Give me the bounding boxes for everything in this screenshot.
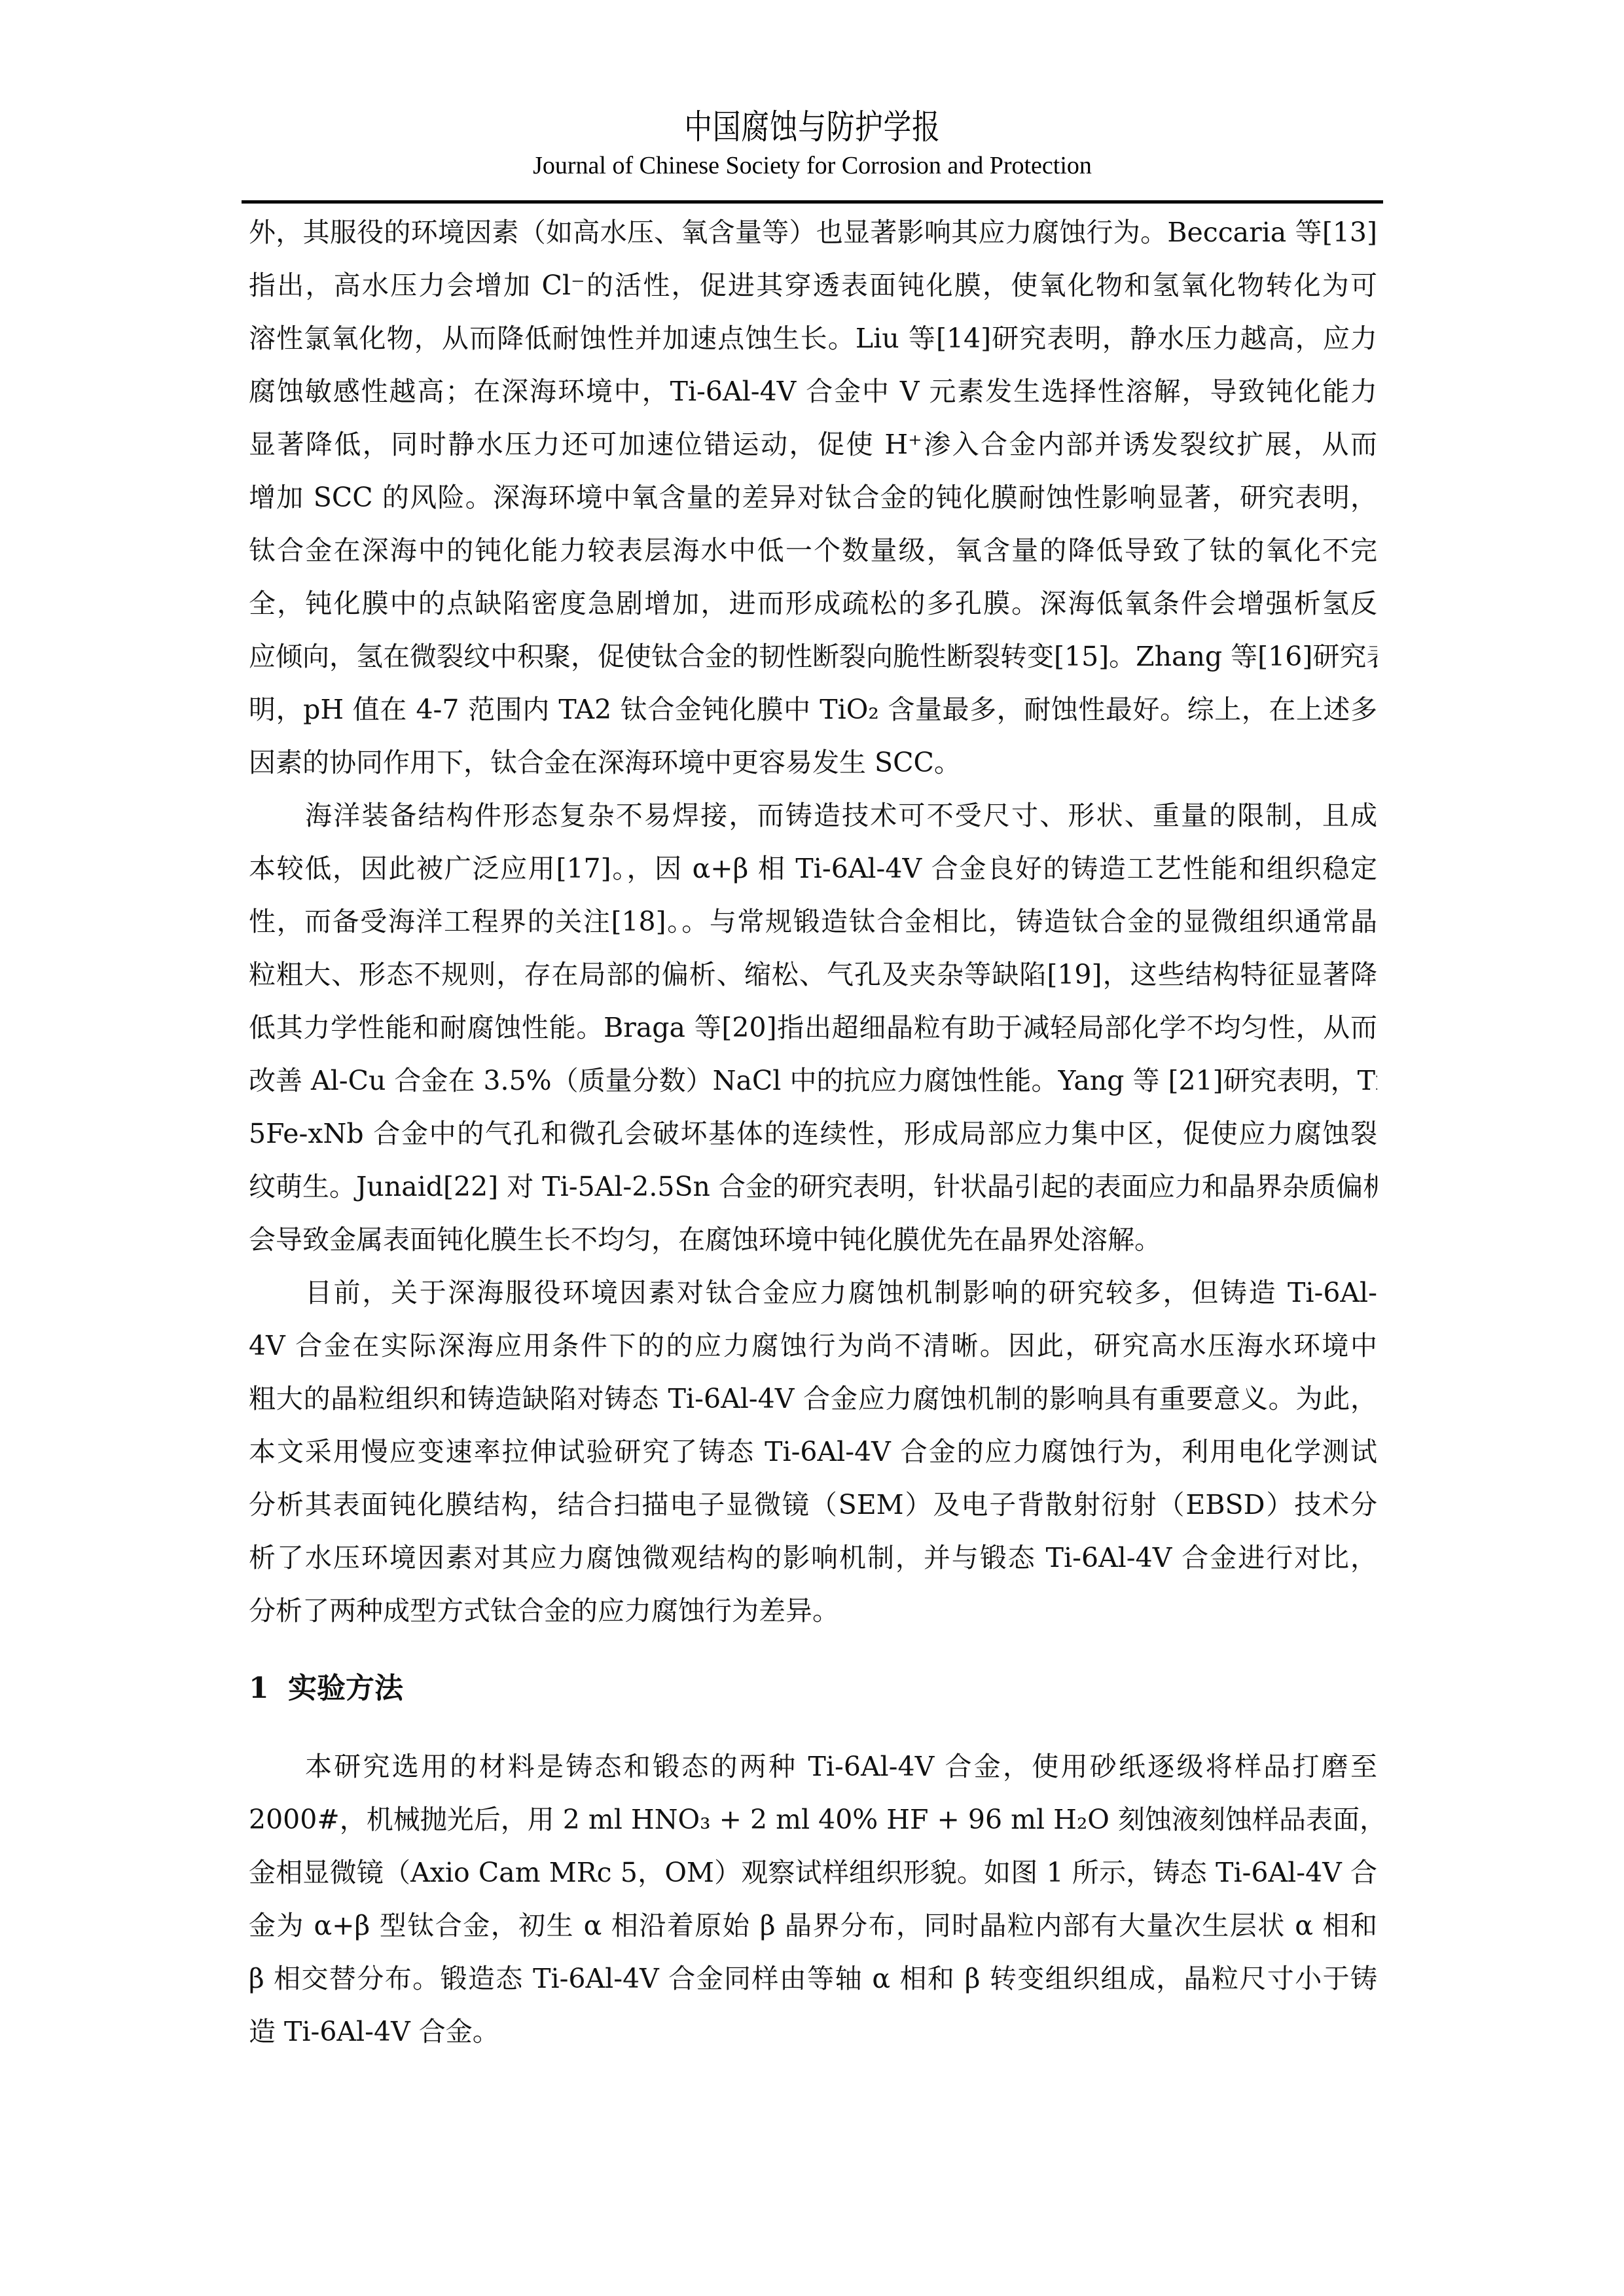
text-line: 5Fe-xNb 合金中的气孔和微孔会破坏基体的连续性，形成局部应力集中区，促使应…: [249, 1113, 1377, 1166]
text-line: 明，pH 值在 4-7 范围内 TA2 钛合金钝化膜中 TiO₂ 含量最多，耐蚀…: [249, 689, 1377, 742]
text-line: 析了水压环境因素对其应力腐蚀微观结构的影响机制，并与锻态 Ti-6Al-4V 合…: [249, 1537, 1377, 1590]
running-header: 中国腐蚀与防护学报 Journal of Chinese Society for…: [242, 105, 1383, 181]
text-line: 改善 Al-Cu 合金在 3.5%（质量分数）NaCl 中的抗应力腐蚀性能。Ya…: [249, 1060, 1377, 1113]
article-body: 外，其服役的环境因素（如高水压、氧含量等）也显著影响其应力腐蚀行为。Beccar…: [249, 212, 1377, 2064]
text-line: 腐蚀敏感性越高；在深海环境中，Ti-6Al-4V 合金中 V 元素发生选择性溶解…: [249, 371, 1377, 424]
text-line: 增加 SCC 的风险。深海环境中氧含量的差异对钛合金的钝化膜耐蚀性影响显著，研究…: [249, 477, 1377, 530]
text-line: 4V 合金在实际深海应用条件下的的应力腐蚀行为尚不清晰。因此，研究高水压海水环境…: [249, 1325, 1377, 1378]
text-line: 会导致金属表面钝化膜生长不均匀，在腐蚀环境中钝化膜优先在晶界处溶解。: [249, 1219, 1377, 1272]
text-line: 本研究选用的材料是铸态和锻态的两种 Ti-6Al-4V 合金，使用砂纸逐级将样品…: [249, 1746, 1377, 1799]
text-line: 性，而备受海洋工程界的关注[18]。。与常规锻造钛合金相比，铸造钛合金的显微组织…: [249, 901, 1377, 954]
section-title: 实验方法: [288, 1672, 403, 1705]
text-line: 指出，高水压力会增加 Cl⁻的活性，促进其穿透表面钝化膜，使氧化物和氢氧化物转化…: [249, 265, 1377, 318]
text-line: 分析其表面钝化膜结构，结合扫描电子显微镜（SEM）及电子背散射衍射（EBSD）技…: [249, 1484, 1377, 1537]
journal-title-cn: 中国腐蚀与防护学报: [344, 105, 1280, 151]
text-line: 溶性氯氧化物，从而降低耐蚀性并加速点蚀生长。Liu 等[14]研究表明，静水压力…: [249, 318, 1377, 371]
text-line: 钛合金在深海中的钝化能力较表层海水中低一个数量级，氧含量的降低导致了钛的氧化不完: [249, 530, 1377, 583]
paragraph-3: 目前，关于深海服役环境因素对钛合金应力腐蚀机制影响的研究较多，但铸造 Ti-6A…: [249, 1272, 1377, 1643]
paragraph-1: 外，其服役的环境因素（如高水压、氧含量等）也显著影响其应力腐蚀行为。Beccar…: [249, 212, 1377, 795]
paragraph-4: 本研究选用的材料是铸态和锻态的两种 Ti-6Al-4V 合金，使用砂纸逐级将样品…: [249, 1746, 1377, 2064]
text-line: 粗大的晶粒组织和铸造缺陷对铸态 Ti-6Al-4V 合金应力腐蚀机制的影响具有重…: [249, 1378, 1377, 1431]
paragraph-2: 海洋装备结构件形态复杂不易焊接，而铸造技术可不受尺寸、形状、重量的限制，且成 本…: [249, 795, 1377, 1272]
text-line: 2000#，机械抛光后，用 2 ml HNO₃ + 2 ml 40% HF + …: [249, 1799, 1377, 1852]
text-line: 造 Ti-6Al-4V 合金。: [249, 2011, 1377, 2064]
section-number: 1: [249, 1672, 269, 1705]
text-line: 粒粗大、形态不规则，存在局部的偏析、缩松、气孔及夹杂等缺陷[19]，这些结构特征…: [249, 954, 1377, 1007]
spacer: [249, 1643, 1377, 1668]
text-line: 分析了两种成型方式钛合金的应力腐蚀行为差异。: [249, 1590, 1377, 1643]
text-line: 纹萌生。Junaid[22] 对 Ti-5Al-2.5Sn 合金的研究表明，针状…: [249, 1166, 1377, 1219]
text-line: 金相显微镜（Axio Cam MRc 5，OM）观察试样组织形貌。如图 1 所示…: [249, 1852, 1377, 1905]
text-line: 本较低，因此被广泛应用[17]。，因 α+β 相 Ti-6Al-4V 合金良好的…: [249, 848, 1377, 901]
section-heading: 1 实验方法: [249, 1668, 1377, 1721]
text-line: 海洋装备结构件形态复杂不易焊接，而铸造技术可不受尺寸、形状、重量的限制，且成: [249, 795, 1377, 848]
text-line: 全，钝化膜中的点缺陷密度急剧增加，进而形成疏松的多孔膜。深海低氧条件会增强析氢反: [249, 583, 1377, 636]
text-line: 金为 α+β 型钛合金，初生 α 相沿着原始 β 晶界分布，同时晶粒内部有大量次…: [249, 1905, 1377, 1958]
header-rule: [242, 200, 1383, 204]
text-line: 应倾向，氢在微裂纹中积聚，促使钛合金的韧性断裂向脆性断裂转变[15]。Zhang…: [249, 636, 1377, 689]
text-line: 本文采用慢应变速率拉伸试验研究了铸态 Ti-6Al-4V 合金的应力腐蚀行为，利…: [249, 1431, 1377, 1484]
text-line: β 相交替分布。锻造态 Ti-6Al-4V 合金同样由等轴 α 相和 β 转变组…: [249, 1958, 1377, 2011]
spacer: [249, 1721, 1377, 1746]
text-line: 外，其服役的环境因素（如高水压、氧含量等）也显著影响其应力腐蚀行为。Beccar…: [249, 212, 1377, 265]
text-line: 显著降低，同时静水压力还可加速位错运动，促使 H⁺渗入合金内部并诱发裂纹扩展，从…: [249, 424, 1377, 477]
journal-title-en: Journal of Chinese Society for Corrosion…: [242, 151, 1383, 181]
text-line: 低其力学性能和耐腐蚀性能。Braga 等[20]指出超细晶粒有助于减轻局部化学不…: [249, 1007, 1377, 1060]
text-line: 因素的协同作用下，钛合金在深海环境中更容易发生 SCC。: [249, 742, 1377, 795]
text-line: 目前，关于深海服役环境因素对钛合金应力腐蚀机制影响的研究较多，但铸造 Ti-6A…: [249, 1272, 1377, 1325]
